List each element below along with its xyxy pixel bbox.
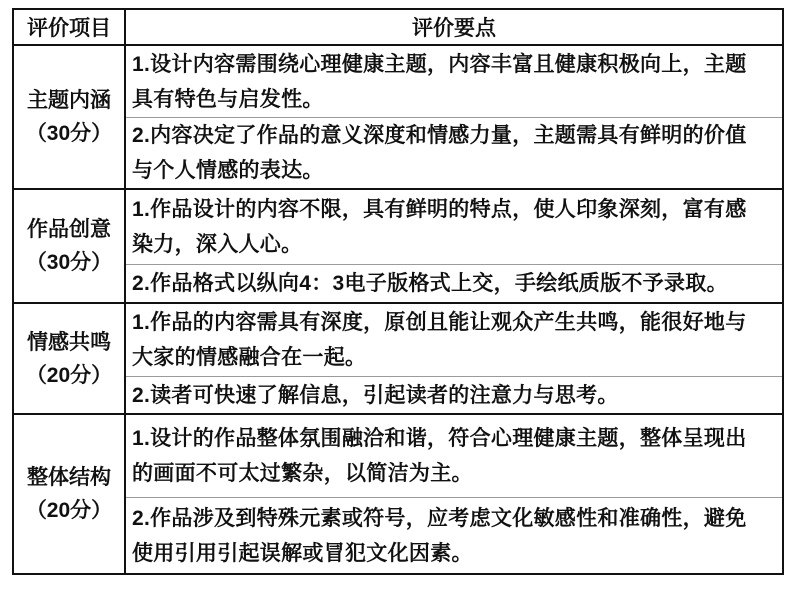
- item-label: 主题内涵 （30分）: [14, 46, 126, 188]
- point-text: 2.读者可快速了解信息，引起读者的注意力与思考。: [126, 376, 782, 413]
- header-row: 评价项目 评价要点: [14, 10, 782, 44]
- point-text: 1.作品设计的内容不限，具有鲜明的特点，使人印象深刻，富有感 染力，深入人心。: [126, 190, 782, 264]
- table-row-overall-structure: 整体结构 （20分） 1.设计的作品整体氛围融洽和谐，符合心理健康主题，整体呈现…: [14, 413, 782, 573]
- header-cell-points: 评价要点: [126, 10, 782, 44]
- points-cell: 1.作品设计的内容不限，具有鲜明的特点，使人印象深刻，富有感 染力，深入人心。 …: [126, 190, 782, 302]
- point-text: 2.作品格式以纵向4：3电子版格式上交，手绘纸质版不予录取。: [126, 264, 782, 302]
- item-label: 情感共鸣 （20分）: [14, 304, 126, 413]
- points-cell: 1.作品的内容需具有深度，原创且能让观众产生共鸣，能很好地与 大家的情感融合在一…: [126, 304, 782, 413]
- point-text: 1.作品的内容需具有深度，原创且能让观众产生共鸣，能很好地与 大家的情感融合在一…: [126, 304, 782, 376]
- table-row-emotional-resonance: 情感共鸣 （20分） 1.作品的内容需具有深度，原创且能让观众产生共鸣，能很好地…: [14, 302, 782, 413]
- item-label: 整体结构 （20分）: [14, 415, 126, 573]
- points-cell: 1.设计的作品整体氛围融洽和谐，符合心理健康主题，整体呈现出 的画面不可太过繁杂…: [126, 415, 782, 573]
- item-label: 作品创意 （30分）: [14, 190, 126, 302]
- points-cell: 1.设计内容需围绕心理健康主题，内容丰富且健康积极向上，主题 具有特色与启发性。…: [126, 46, 782, 188]
- point-text: 2.作品涉及到特殊元素或符号，应考虑文化敏感性和准确性，避免 使用引用引起误解或…: [126, 497, 782, 573]
- header-cell-item: 评价项目: [14, 10, 126, 44]
- point-text: 2.内容决定了作品的意义深度和情感力量，主题需具有鲜明的价值 与个人情感的表达。: [126, 117, 782, 188]
- point-text: 1.设计内容需围绕心理健康主题，内容丰富且健康积极向上，主题 具有特色与启发性。: [126, 46, 782, 117]
- evaluation-criteria-table: 评价项目 评价要点 主题内涵 （30分） 1.设计内容需围绕心理健康主题，内容丰…: [12, 8, 784, 575]
- table-row-creativity: 作品创意 （30分） 1.作品设计的内容不限，具有鲜明的特点，使人印象深刻，富有…: [14, 188, 782, 302]
- table-row-theme-content: 主题内涵 （30分） 1.设计内容需围绕心理健康主题，内容丰富且健康积极向上，主…: [14, 44, 782, 188]
- point-text: 1.设计的作品整体氛围融洽和谐，符合心理健康主题，整体呈现出 的画面不可太过繁杂…: [126, 415, 782, 497]
